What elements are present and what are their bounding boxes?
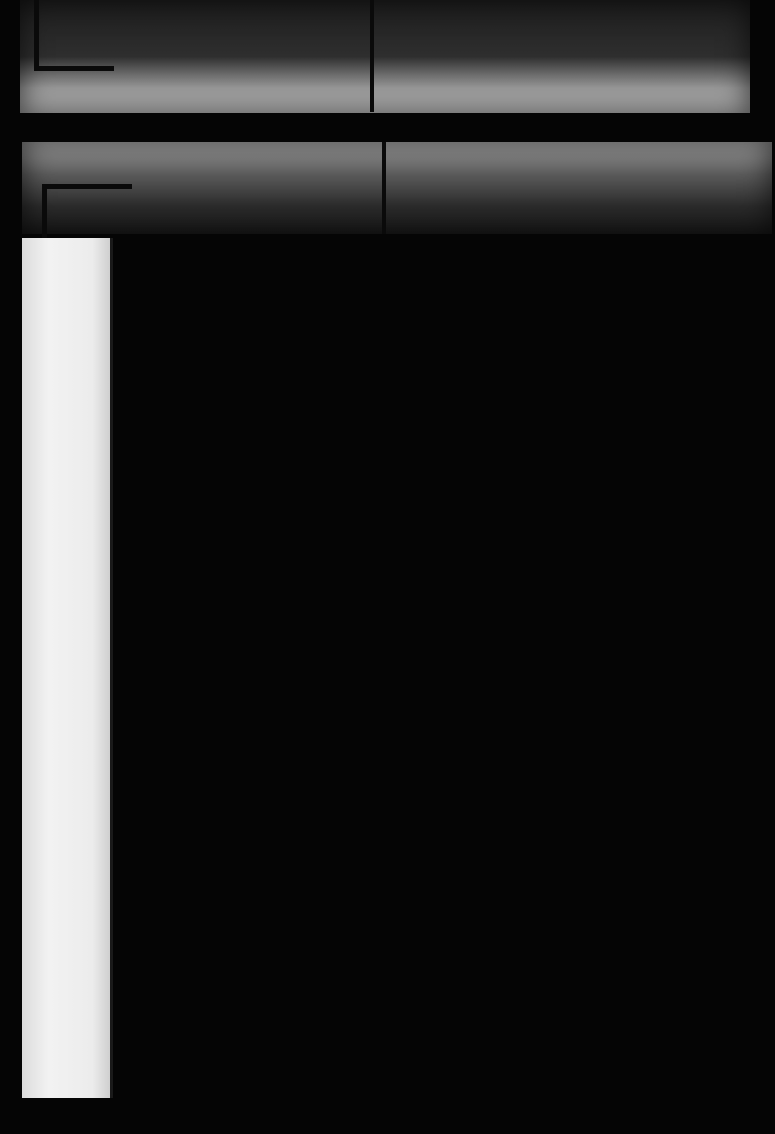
board-seam: [370, 0, 374, 112]
clamp-bracket: [42, 184, 132, 239]
board-seam: [382, 142, 386, 234]
left-page-fragment: [22, 238, 113, 1098]
clamp-bracket: [34, 0, 114, 71]
backdrop-board-middle: [22, 142, 772, 234]
backdrop-board-top: [20, 0, 750, 113]
